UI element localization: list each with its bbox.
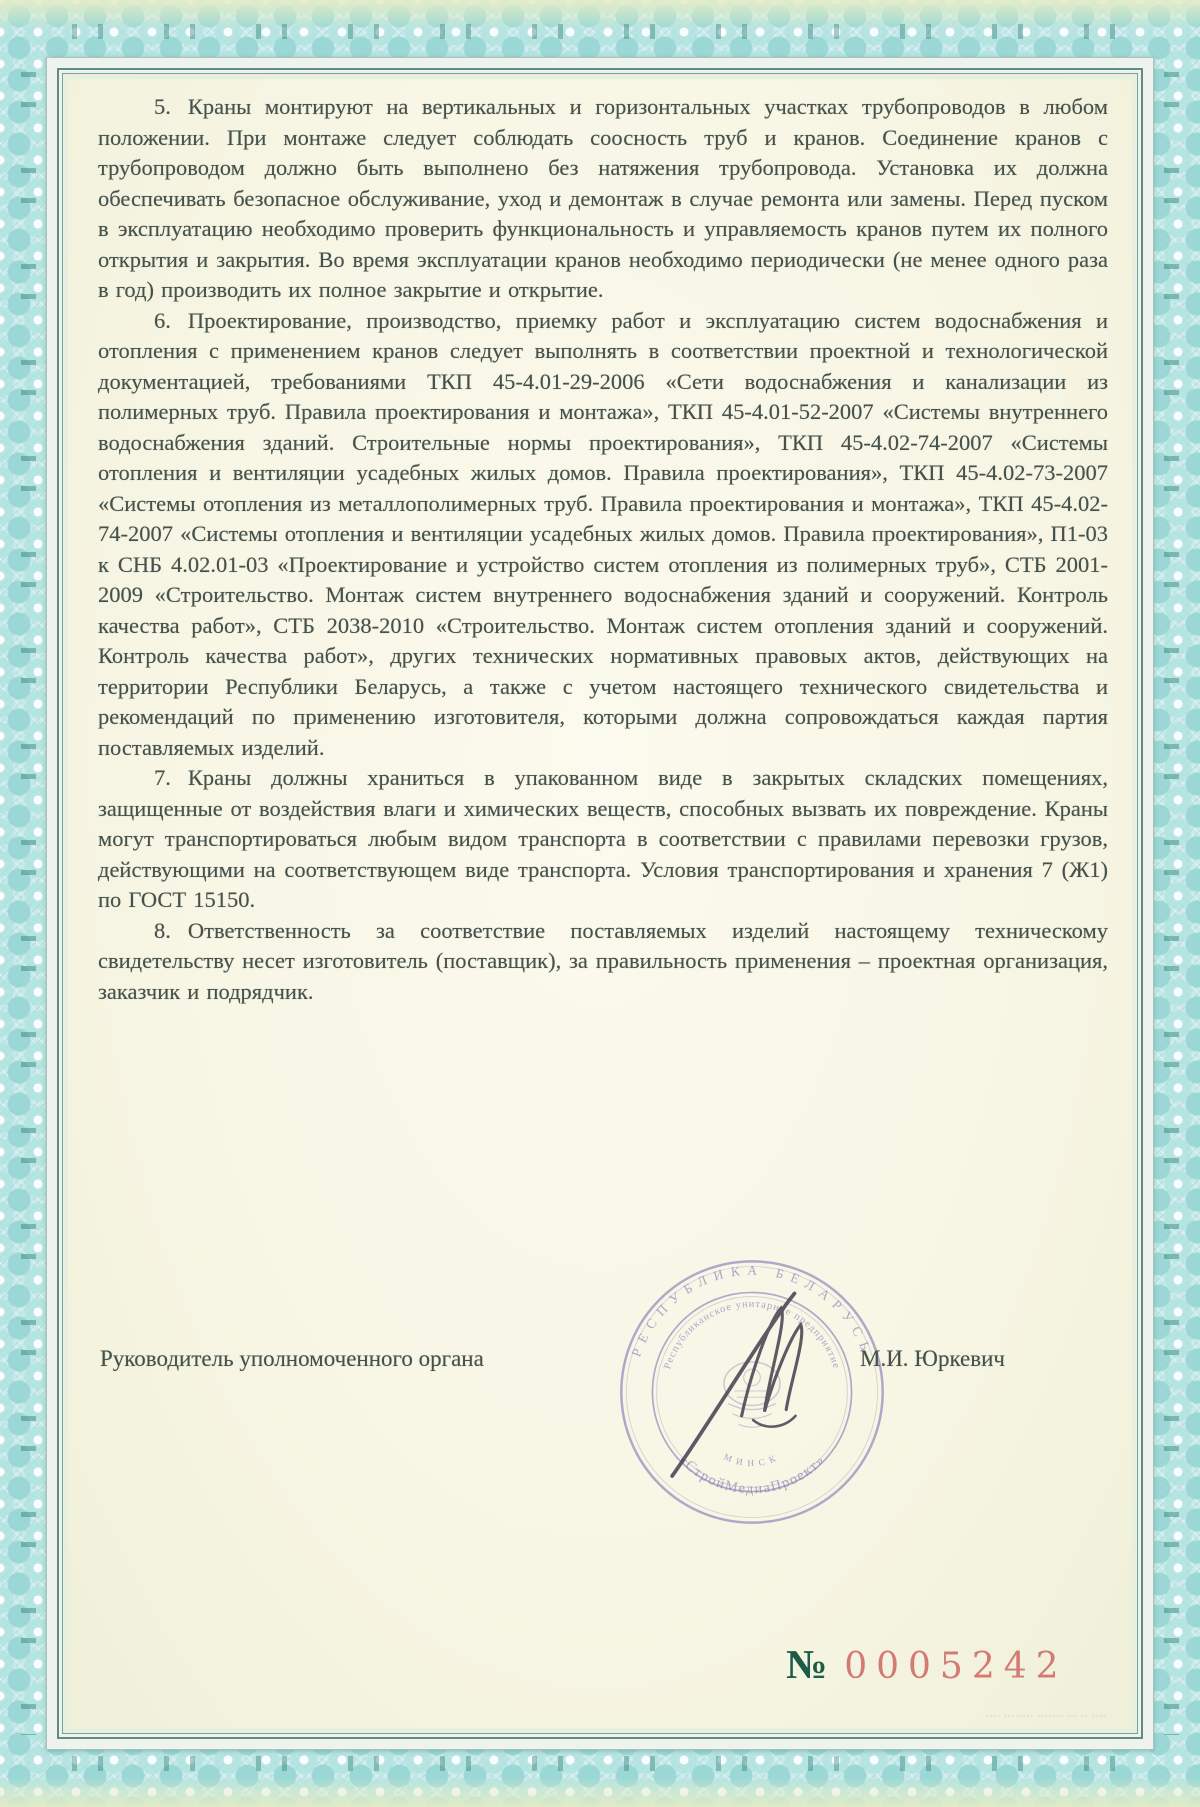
serial-number-digits: 0005242 [844,1646,1067,1687]
paragraph-text: Ответственность за соответствие поставля… [98,918,1108,1004]
official-round-stamp: РЕСПУБЛИКА БЕЛАРУСЬ Республиканское унит… [612,1252,892,1532]
document-text: 5.Краны монтируют на вертикальных и гори… [68,79,1132,1007]
signature-row: Руководитель уполномоченного органа М.И.… [100,1346,1005,1372]
paragraph-text: Краны должны храниться в упакованном вид… [98,765,1108,912]
middle-frame: 5.Краны монтируют на вертикальных и гори… [57,68,1143,1739]
paragraph-number: 8. [154,918,188,943]
handwritten-signature [672,1293,802,1476]
serial-number: № 0005242 [786,1640,1068,1688]
stamp-graphic: РЕСПУБЛИКА БЕЛАРУСЬ Республиканское унит… [612,1252,892,1532]
signatory-role-label: Руководитель уполномоченного органа [100,1346,484,1372]
svg-text:МИНСК: МИНСК [722,1452,782,1469]
paragraph-text: Проектирование, производство, приемку ра… [98,308,1108,760]
outer-frame: 5.Краны монтируют на вертикальных и гори… [46,57,1154,1750]
border-tick-marks-left [21,72,36,1735]
inner-frame: 5.Краны монтируют на вертикальных и гори… [62,73,1138,1734]
paragraph-5: 5.Краны монтируют на вертикальных и гори… [98,92,1108,306]
serial-number-sign: № [786,1640,828,1688]
paragraph-number: 5. [154,94,188,119]
paragraph-number: 6. [154,308,188,333]
printer-microtext: ···· ········ ······· ··· ·· ···· [986,1712,1120,1721]
border-tick-marks-right [1164,72,1179,1735]
paragraph-8: 8.Ответственность за соответствие постав… [98,916,1108,1008]
border-tick-marks-top [72,24,1128,39]
svg-text:«СтройМедиаПроект»: «СтройМедиаПроект» [675,1452,828,1497]
paragraph-number: 7. [154,765,188,790]
paragraph-text: Краны монтируют на вертикальных и горизо… [98,94,1108,302]
stamp-bottom-arc-text: «СтройМедиаПроект» [675,1452,828,1497]
signatory-name: М.И. Юркевич [860,1346,1005,1372]
stamp-city-text: МИНСК [722,1452,782,1469]
paper-area: 5.Краны монтируют на вертикальных и гори… [68,79,1132,1728]
certificate-page: 5.Краны монтируют на вертикальных и гори… [0,0,1200,1807]
border-tick-marks-bottom [72,1756,1128,1771]
paragraph-6: 6.Проектирование, производство, приемку … [98,306,1108,764]
paragraph-7: 7.Краны должны храниться в упакованном в… [98,763,1108,916]
